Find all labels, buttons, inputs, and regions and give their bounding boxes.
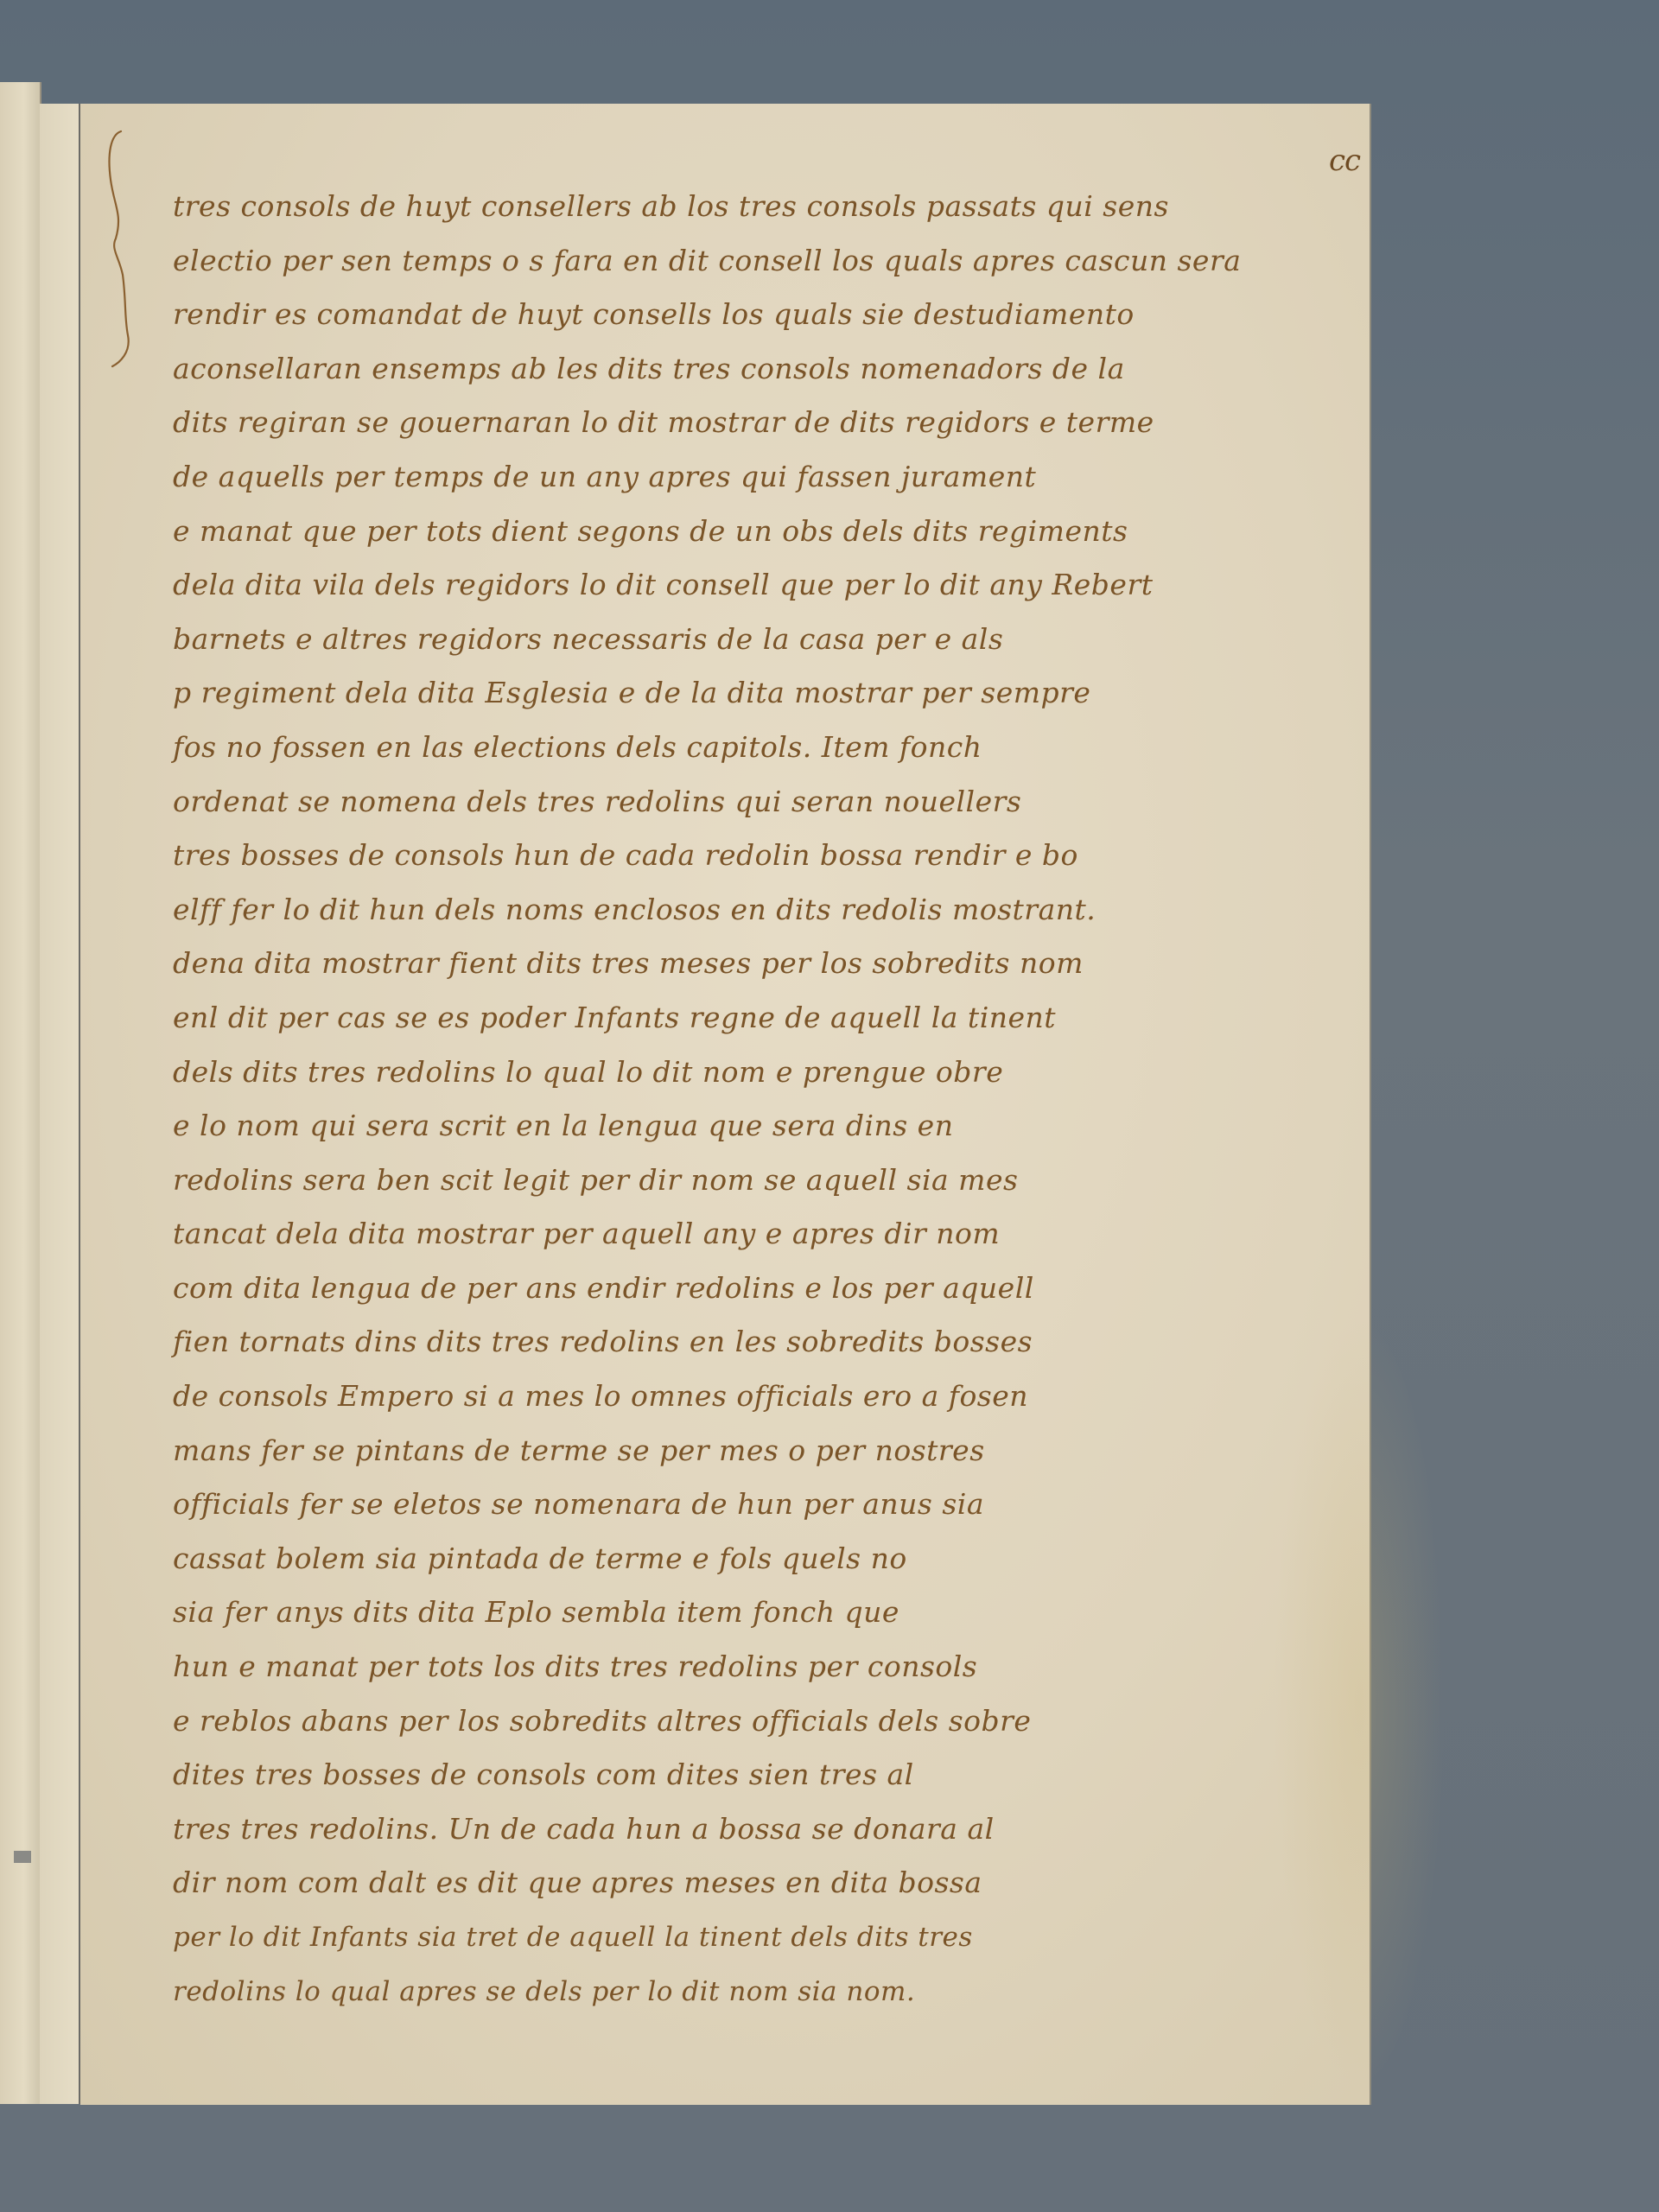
manuscript-text: tres consols de huyt consellers ab los t… <box>173 180 1262 2018</box>
text-line: de consols Empero si a mes lo omnes offi… <box>173 1370 1262 1424</box>
text-line: ordenat se nomena dels tres redolins qui… <box>173 775 1262 829</box>
text-line: de aquells per temps de un any apres qui… <box>173 450 1262 505</box>
text-line: tres tres redolins. Un de cada hun a bos… <box>173 1802 1262 1857</box>
text-line: dena dita mostrar fient dits tres meses … <box>173 937 1262 991</box>
text-line: aconsellaran ensemps ab les dits tres co… <box>173 342 1262 397</box>
text-line: dir nom com dalt es dit que apres meses … <box>173 1856 1262 1910</box>
facing-page-gutter <box>40 104 80 2104</box>
margin-brace-icon <box>102 128 145 370</box>
text-line: rendir es comandat de huyt consells los … <box>173 288 1262 342</box>
facing-page-edge <box>0 82 41 2104</box>
text-line: dites tres bosses de consols com dites s… <box>173 1748 1262 1802</box>
text-line: dits regiran se gouernaran lo dit mostra… <box>173 396 1262 450</box>
text-line: e lo nom qui sera scrit en la lengua que… <box>173 1099 1262 1154</box>
text-line: barnets e altres regidors necessaris de … <box>173 613 1262 667</box>
folio-number: cc <box>1329 143 1360 178</box>
text-line: tres consols de huyt consellers ab los t… <box>173 180 1262 234</box>
text-line: fien tornats dins dits tres redolins en … <box>173 1315 1262 1370</box>
text-line: officials fer se eletos se nomenara de h… <box>173 1478 1262 1532</box>
text-line: hun e manat per tots los dits tres redol… <box>173 1640 1262 1694</box>
text-line: tres bosses de consols hun de cada redol… <box>173 829 1262 883</box>
text-line: enl dit per cas se es poder Infants regn… <box>173 991 1262 1046</box>
text-line: tancat dela dita mostrar per aquell any … <box>173 1207 1262 1262</box>
text-line: electio per sen temps o s fara en dit co… <box>173 234 1262 289</box>
text-line: sia fer anys dits dita Eplo sembla item … <box>173 1586 1262 1640</box>
text-line: cassat bolem sia pintada de terme e fols… <box>173 1532 1262 1586</box>
text-line: elff fer lo dit hun dels noms enclosos e… <box>173 883 1262 938</box>
text-line: e manat que per tots dient segons de un … <box>173 505 1262 559</box>
page-tab-mark <box>14 1851 31 1863</box>
text-line: redolins lo qual apres se dels per lo di… <box>173 1965 1262 2019</box>
text-line: com dita lengua de per ans endir redolin… <box>173 1262 1262 1316</box>
text-line: e reblos abans per los sobredits altres … <box>173 1694 1262 1749</box>
paper-stain <box>1273 1313 1446 2091</box>
text-line: redolins sera ben scit legit per dir nom… <box>173 1154 1262 1208</box>
text-line: p regiment dela dita Esglesia e de la di… <box>173 666 1262 721</box>
text-line: fos no fossen en las elections dels capi… <box>173 721 1262 775</box>
text-line: dela dita vila dels regidors lo dit cons… <box>173 558 1262 613</box>
text-line: dels dits tres redolins lo qual lo dit n… <box>173 1046 1262 1100</box>
text-line: per lo dit Infants sia tret de aquell la… <box>173 1910 1262 1965</box>
text-line: mans fer se pintans de terme se per mes … <box>173 1424 1262 1478</box>
